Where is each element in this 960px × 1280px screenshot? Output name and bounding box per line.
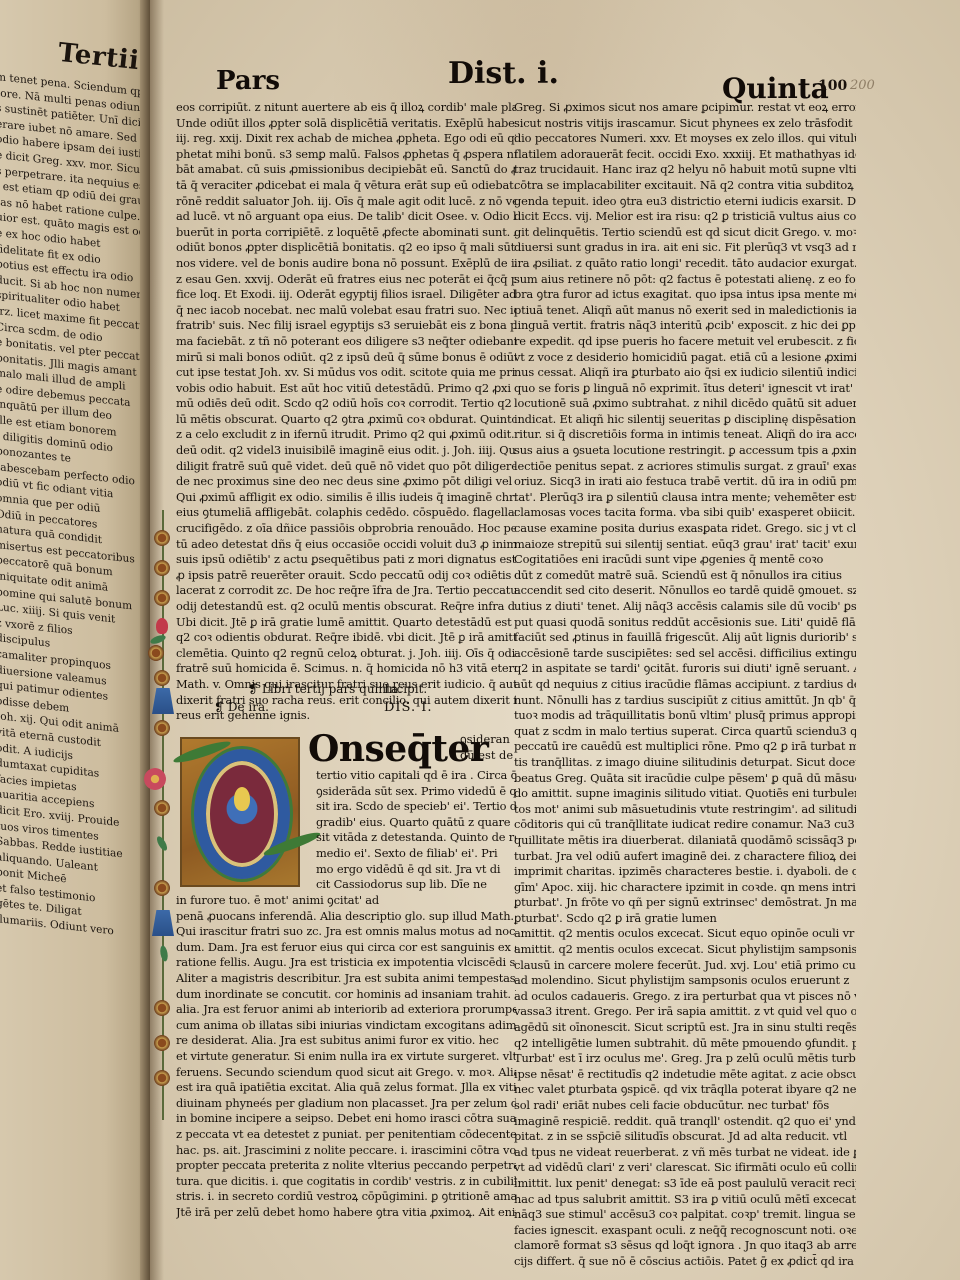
folio-number: 100 [818,78,847,94]
text-line: do amittit. supne imaginis silitudo viti… [514,786,856,802]
page-edge [140,0,150,1280]
text-line: quo se foris ꝑ linguā nō exprimit. ītus … [514,381,856,397]
text-line: oriuz. Sicq3 in irati aio festuca trabē … [514,474,856,490]
text-line: facies ignescit. exaspant oculi. z neq̄q… [514,1223,856,1239]
text-line: in furore tuo. ē mot' animi ꝯcitat' ad [176,893,516,909]
text-line: eius ꝯtumeliā affligebāt. colaphis cedēd… [176,505,516,521]
text-line: sit vitāda z detestanda. Quinto de re [316,830,516,846]
left-column-after-initial-narrow: tertio vitio capitali qd ē ira . Circa q… [316,768,516,893]
text-line: medio ei'. Sexto de filiab' ei'. Pri [316,846,516,862]
running-head-center: Dist. i. [448,56,559,91]
text-line: Jtē irā per zelū debet homo habere ꝯtra … [176,1205,516,1221]
text-line: penā ꝓuocans inferendā. Alia descriptio … [176,909,516,925]
rubric-incipit: Incipit. [384,682,427,696]
text-line: re expedit. qd ipse pueris ho facere met… [514,334,856,350]
text-line: lū mētis obscurat. Quarto q2 ꝯtra ꝓximū … [176,412,516,428]
text-line: in bomine incipere a seipso. Debet eni h… [176,1111,516,1127]
text-line: accēsionē tarde suscipiētes: sed sel acc… [514,646,856,662]
text-line: z esau Gen. xxvij. Oderāt eū fratres eiu… [176,272,516,288]
text-line: tā q̄ veraciter ꝓdicebat ei mala q̄ vētu… [176,178,516,194]
text-line: agēdū sit oīnonescit. Sicut scriptū est.… [514,1020,856,1036]
text-line: imprimit charitas. ipzimēs characteres b… [514,864,856,880]
text-line: amittit. q2 mentis oculos excecat. Sicut… [514,926,856,942]
text-line: q2 coꝛ odientis obdurat. Req̄re ibidē. v… [176,630,516,646]
text-line: sus aius a ꝯsueta locutione restringit. … [514,443,856,459]
text-line: clamosas voces tacita forma. vba sibi qu… [514,505,856,521]
text-line: Aliter a magistris describitur. Jra est … [176,971,516,987]
flower-icon [154,590,170,606]
text-line: Turbat' est ī irz oculus me'. Greg. Jra … [514,1051,856,1067]
text-line: sol radi' eriāt nubes celi facie obducūt… [514,1098,856,1114]
initial-letter-shape [194,749,290,879]
floral-border [150,510,176,1120]
rubric-distinction: DIS. I. [384,700,433,715]
text-line: sicut nostris vitijs irascamur. Sicut ph… [514,116,856,132]
text-line: utius z diuti' tenet. Alij nāq3 accēsis … [514,599,856,615]
leaf-icon [149,633,166,645]
flower-icon [154,1000,170,1016]
text-line: lectiōe penitus sepat. z acriores stimul… [514,459,856,475]
text-line: dūt z comedūt matrē suā. Sciendū est q̄ … [514,568,856,584]
illuminated-initial-c [180,737,300,887]
text-line: imaginē respiciē. reddit. quā tranqll' o… [514,1114,856,1130]
text-line: feruens. Secundo sciendum quod sicut ait… [176,1065,516,1081]
text-line: ꝑturbat'. Jn frōte vo qñ per signū extri… [514,895,856,911]
leaf-icon [159,945,169,962]
text-line: pitat. z in se ssp̄ciē silitudīs obscura… [514,1129,856,1145]
text-line: phetat mihi bonū. s3 semꝑ malū. Falsos ꝓ… [176,147,516,163]
text-line: mo ergo vidēdū ē qd sit. Jra vt di [316,862,516,878]
text-line: de nec proximus sine deo nec deus sine ꝓ… [176,474,516,490]
text-line: buerūt in porta corripiētē. z loquētē ꝓf… [176,225,516,241]
text-line: tat'. Plerūq3 ira ꝑ silentiū clausa intr… [514,490,856,506]
left-column-text: eos corripiūt. z nitunt auertere ab eis … [176,100,516,724]
text-line: hac ad tpus salubrit amittit. S3 ira ꝑ v… [514,1192,856,1208]
flower-icon [154,530,170,546]
text-line: put quasi quodā sonitus reddūt accēsioni… [514,615,856,631]
text-line: suis ipsū odiētib' z actu ꝑsequētibus pa… [176,552,516,568]
text-line: hac. ps. ait. Jrascimini z nolite peccar… [176,1143,516,1159]
text-line: cut ipse testat Joh. xv. Si mūdus vos od… [176,365,516,381]
text-line: Qui ꝓximū affligit ex odio. similis ē il… [176,490,516,506]
text-line: tuoꝛ modis ad trāquillitatis bonū vltim'… [514,708,856,724]
left-column-after-initial: in furore tuo. ē mot' animi ꝯcitat' adpe… [176,893,516,1220]
flower-icon [154,880,170,896]
text-line: z a celo excludit z in ifernū itrudit. P… [176,427,516,443]
text-line: q̄ nec iacob nocebat. nec malū volebat e… [176,303,516,319]
text-line: genda tepuit. ideo ꝯtra eu3 districtio e… [514,194,856,210]
text-line: dio peccatores Numeri. xxv. Et moyses ex… [514,131,856,147]
rubric-subtitle: ❡ De ira. [214,700,269,714]
text-line: Qui irascitur fratri suo zc. Jra est omn… [176,924,516,940]
text-line: fratrē suū homicida ē. Scimus. n. q̄ hom… [176,661,516,677]
text-line: ptiuā tenet. Aliqñ aūt manus nō exerit s… [514,303,856,319]
text-line: cōditoris qui cū tranq̄llitate iudicat r… [514,817,856,833]
text-line: gīm' Apoc. xiij. hic charactere ipzimit … [514,880,856,896]
text-line: q2 intelligētie lumen subtrahit. dū mēte… [514,1036,856,1052]
text-line: ma faciebāt. z tñ nō poterant eos dilige… [176,334,516,350]
text-line: linguā vertit. fratris nāq3 interitū ꝓci… [514,318,856,334]
flower-icon [154,800,170,816]
text-line: Cogitatiōes eni iracūdi sunt vipe ꝓgenie… [514,552,856,568]
text-line: odij detestandū est. q2 oculū mentis obs… [176,599,516,615]
text-line: ꝓ ipsis patrē reuerēter orauit. Scdo pec… [176,568,516,584]
text-line: dū est de [460,748,513,764]
text-line: indicat. Et aliqñ hic silentij seueritas… [514,412,856,428]
text-line: stris. i. in secreto cordiū vestroꝝ cōpū… [176,1189,516,1205]
text-line: traz trucidauit. Hanc iraz q2 helyu nō h… [514,162,856,178]
text-line: rōnē reddit saluator Joh. iij. Oīs q̄ ma… [176,194,516,210]
text-line: ad molendino. Sicut phylistijm sampsonis… [514,973,856,989]
flower-icon [154,720,170,736]
text-line: nunt. Nōnulli has z tardius suscipiūt z … [514,693,856,709]
right-column-text: Greg. Si ꝓximos sicut nos amare ꝑcipimur… [514,100,856,1270]
text-line: amittit. q2 mentis oculos excecat. Sicut… [514,942,856,958]
text-line: vobis odio habuit. Est aūt hoc vitiū det… [176,381,516,397]
text-line: Greg. Si ꝓximos sicut nos amare ꝑcipimur… [514,100,856,116]
text-line: nus cessat. Aliqñ ira ꝑturbato aio q̄si … [514,365,856,381]
text-line: faciūt sed ꝓtinus in fauillā frigescūt. … [514,630,856,646]
text-line: diligit fratrē suū quē videt. deū quē nō… [176,459,516,475]
text-line: fratrib' suis. Nec filij israel egyptijs… [176,318,516,334]
facing-page: Tertii m tenet pena. Sciendum qp quicuto… [0,0,150,1280]
text-line: propter peccata preterita z nolite vlter… [176,1158,516,1174]
text-line: clemētia. Quinto q2 regnū celoꝝ obturat.… [176,646,516,662]
text-line: cijs differt. q̄ sue nō ē cōscius actiōi… [514,1254,856,1270]
text-line: dum inordinate se concutit. cor hominis … [176,987,516,1003]
text-line: tis tranq̄llitas. z imago diuine silitud… [514,755,856,771]
text-line: lacerat z corrodit zc. De hoc req̄re īfr… [176,583,516,599]
text-line: crucifigēdo. z oīa dñice passiōis obprob… [176,521,516,537]
text-line: dicit Eccs. vij. Melior est ira risu: q2… [514,209,856,225]
text-line: quillitate mētis ira diuerberat. dilania… [514,833,856,849]
text-line: bāt amabat. cū suis ꝓmissionibus decipie… [176,162,516,178]
text-line: Ubi dicit. Jtē ꝑ irā gratie lumē amittit… [176,615,516,631]
text-line: diuinam phyneés per gladium non placasse… [176,1096,516,1112]
text-line: Unde odiūt illos ꝓpter solā displicētiā … [176,116,516,132]
text-line: alia. Jra est feruor animi ab interiorib… [176,1002,516,1018]
text-line: tertio vitio capitali qd ē ira . Circa q… [316,768,516,784]
flower-icon [154,1035,170,1051]
folio-pencil-annotation: 200 [850,78,875,93]
text-line: locutionē suā ꝓximo subtrahat. z nihil d… [514,396,856,412]
text-line: nos videre. vel de bonis audire bona nō … [176,256,516,272]
text-line: ratione fellis. Augu. Jra est tristicia … [176,955,516,971]
text-line: est ira quā ipatiētia excitat. Alia quā … [176,1080,516,1096]
text-line: clausū in carcere molere fecerūt. Jud. x… [514,958,856,974]
facing-running-head: Tertii [57,38,141,76]
text-line: aūt qd nequius z citius iracūdie flāmas … [514,677,856,693]
flower-icon [148,645,164,661]
text-line: accendit sed cito deserit. Nōnullos eo t… [514,583,856,599]
text-line: odiūt bonos ꝓpter displicētiā bonitatis.… [176,240,516,256]
facing-page-text: m tenet pena. Sciendum qp quicutore. Nā … [0,70,146,943]
text-line: bra ꝯtra furor ad ictus exagitat. quo ip… [514,287,856,303]
text-line: ira ꝓsiliat. z quāto ratio longi' recedi… [514,256,856,272]
text-line: tos mot' animi sub māsuetudinis vtute re… [514,802,856,818]
text-line: ꝯsiderāda sūt sex. Primo videdū ē qd [316,784,516,800]
text-line: iij. reg. xxij. Dixit rex achab de miche… [176,131,516,147]
text-line: mū odiēs deū odit. Scdo q2 odiū hoīs coꝛ… [176,396,516,412]
text-line: clamorē format s3 sēsus qd loq̄t ignora … [514,1238,856,1254]
text-line: ritur. si q̄ discretiōis forma in intimi… [514,427,856,443]
text-line: beatus Greg. Quāta sit iracūdie culpe pē… [514,771,856,787]
text-line: cit Cassiodorus sup lib. Dīe ne [316,877,516,893]
text-line: turbat. Jra vel odiū aufert imaginē dei.… [514,849,856,865]
text-line: ad tpus ne videat reuerberat. z vñ mēs t… [514,1145,856,1161]
pink-flower-icon [144,768,166,790]
bell-flower-icon [152,688,174,714]
text-line: maioze strepitū sui silentij sentiat. eū… [514,537,856,553]
flower-icon [154,1070,170,1086]
text-line: peccatū ire cauēdū est multiplici rōne. … [514,739,856,755]
text-line: deū odit. q2 videl3 inuisibilē imaginē e… [176,443,516,459]
text-line: vt ad vidēdū clari' z veri' clarescat. S… [514,1160,856,1176]
text-line: ad lucē. vt nō arguant opa eius. De tali… [176,209,516,225]
text-line: eos corripiūt. z nitunt auertere ab eis … [176,100,516,116]
text-line: tura. que dicitis. i. que cogitatis in c… [176,1174,516,1190]
initial-flower-icon [234,787,250,811]
text-line: nāq3 sue stimul' accēsu3 coꝛ palpitat. c… [514,1207,856,1223]
bud-icon [156,618,168,634]
main-page: Pars Dist. i. Quinta 100 200 eos corripi… [150,0,960,1280]
flower-icon [154,560,170,576]
text-line: gradib' eius. Quarto quātū z quare [316,815,516,831]
text-line: nec valet ꝑturbata ꝯspicē. qd vix trāqll… [514,1082,856,1098]
text-line: dum. Dam. Jra est feruor eius qui circa … [176,940,516,956]
text-line: flatilem adorauerāt fecit. occidi Exo. x… [514,147,856,163]
text-line: re desiderat. Alia. Jra est subitus anim… [176,1033,516,1049]
flower-icon [154,670,170,686]
text-line: quat z scdm in malo tertius superat. Cir… [514,724,856,740]
text-line: ꝯsideran [460,732,513,748]
text-line: vassa3 itrent. Grego. Per irā sapia amit… [514,1004,856,1020]
text-line: q2 in aspitate se tardi' ꝯcitāt. furoris… [514,661,856,677]
text-line: vt z voce z desiderio homicidiū pagat. e… [514,350,856,366]
text-line: sum aius retinere nō pōt: q2 factus ē po… [514,272,856,288]
text-line: ipse nēsat' ē rectitudīs q2 indetudie mē… [514,1067,856,1083]
running-head-left: Pars [216,66,280,96]
text-line: cōtra se implacabiliter excitauit. Nā q2… [514,178,856,194]
text-line: cause examine posita durius exasꝑata rid… [514,521,856,537]
rubric-title: ❡ Libri tertij pars quinta. [248,682,402,696]
text-line: diuersi sunt gradus in ira. ait eni sic.… [514,240,856,256]
text-line: z peccata vt ea detestet z puniat. per p… [176,1127,516,1143]
leaf-icon [155,835,169,852]
text-line: fice loq. Et Exodi. iij. Oderāt egyptij … [176,287,516,303]
text-line: ad oculos cadaueris. Grego. z ira pertur… [514,989,856,1005]
text-line: mirū si mali bonos odiūt. q2 z ipsū deū … [176,350,516,366]
text-line: ꝑturbat'. Scdo q2 ꝑ irā gratie lumen [514,911,856,927]
text-line: et virtute generatur. Si enim nulla ira … [176,1049,516,1065]
bell-flower-icon [152,910,174,936]
incipit-continuation: ꝯsiderandū est de [460,732,513,763]
text-line: sit ira. Scdo de specieb' ei'. Tertio de [316,799,516,815]
text-line: git delinquētis. Tertio sciendū est qd s… [514,225,856,241]
text-line: īmittit. lux penit' denegat: s3 īde eā p… [514,1176,856,1192]
text-line: tū adeo detestat dñs q̄ eius occasiōe oc… [176,537,516,553]
text-line: cum anima ob illatas sibi iniurias vindi… [176,1018,516,1034]
